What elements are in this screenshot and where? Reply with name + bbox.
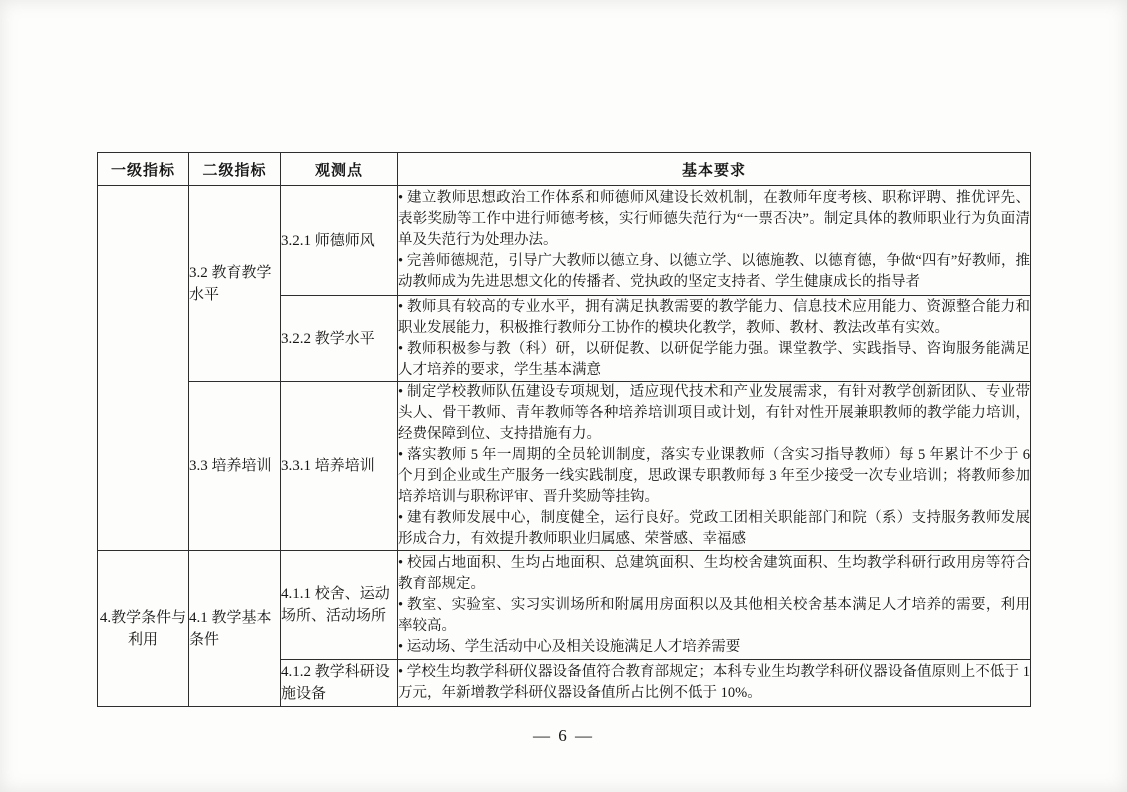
cell-observation-4-1-2: 4.1.2 教学科研设施设备: [281, 660, 398, 707]
requirement-item: • 教师具有较高的专业水平，拥有满足执教需要的教学能力、信息技术应用能力、资源整…: [398, 297, 1030, 339]
header-observation-point: 观测点: [281, 153, 398, 186]
cell-observation-4-1-1: 4.1.1 校舍、运动场所、活动场所: [281, 551, 398, 660]
table-row: 3.3 培养培训 3.3.1 培养培训 • 制定学校教师队伍建设专项规划，适应现…: [98, 382, 1031, 551]
cell-observation-3-3-1: 3.3.1 培养培训: [281, 382, 398, 551]
page-number: — 6 —: [0, 726, 1127, 746]
cell-level1-empty: [98, 186, 189, 551]
table-row: 4.教学条件与利用 4.1 教学基本条件 4.1.1 校舍、运动场所、活动场所 …: [98, 551, 1031, 660]
requirement-item: • 建立教师思想政治工作体系和师德师风建设长效机制，在教师年度考核、职称评聘、推…: [398, 188, 1030, 251]
requirement-item: • 落实教师 5 年一周期的全员轮训制度，落实专业课教师（含实习指导教师）每 5…: [398, 445, 1030, 508]
cell-requirements-4-1-1: • 校园占地面积、生均占地面积、总建筑面积、生均校舍建筑面积、生均教学科研行政用…: [398, 551, 1031, 660]
header-level1-indicator: 一级指标: [98, 153, 189, 186]
cell-observation-3-2-1: 3.2.1 师德师风: [281, 186, 398, 296]
cell-level2-4-1: 4.1 教学基本条件: [189, 551, 281, 707]
table-row: 3.2 教育教学水平 3.2.1 师德师风 • 建立教师思想政治工作体系和师德师…: [98, 186, 1031, 296]
indicator-table: 一级指标 二级指标 观测点 基本要求 3.2 教育教学水平 3.2.1 师德师风…: [97, 152, 1031, 707]
requirement-item: • 制定学校教师队伍建设专项规划，适应现代技术和产业发展需求，有针对教学创新团队…: [398, 382, 1030, 445]
cell-observation-3-2-2: 3.2.2 教学水平: [281, 296, 398, 382]
requirement-item: • 建有教师发展中心，制度健全，运行良好。党政工团相关职能部门和院（系）支持服务…: [398, 508, 1030, 550]
requirement-item: • 校园占地面积、生均占地面积、总建筑面积、生均校舍建筑面积、生均教学科研行政用…: [398, 553, 1030, 595]
requirement-item: • 完善师德规范，引导广大教师以德立身、以德立学、以德施教、以德育德，争做“四有…: [398, 251, 1030, 293]
cell-level1-4: 4.教学条件与利用: [98, 551, 189, 707]
header-level2-indicator: 二级指标: [189, 153, 281, 186]
scanned-page: 一级指标 二级指标 观测点 基本要求 3.2 教育教学水平 3.2.1 师德师风…: [0, 0, 1127, 792]
requirement-item: • 运动场、学生活动中心及相关设施满足人才培养需要: [398, 637, 1030, 658]
cell-requirements-4-1-2: • 学校生均教学科研仪器设备值符合教育部规定；本科专业生均教学科研仪器设备值原则…: [398, 660, 1031, 707]
header-basic-requirements: 基本要求: [398, 153, 1031, 186]
cell-requirements-3-2-2: • 教师具有较高的专业水平，拥有满足执教需要的教学能力、信息技术应用能力、资源整…: [398, 296, 1031, 382]
cell-level2-3-2: 3.2 教育教学水平: [189, 186, 281, 382]
requirement-item: • 学校生均教学科研仪器设备值符合教育部规定；本科专业生均教学科研仪器设备值原则…: [398, 662, 1030, 704]
requirement-item: • 教师积极参与教（科）研，以研促教、以研促学能力强。课堂教学、实践指导、咨询服…: [398, 339, 1030, 381]
cell-requirements-3-2-1: • 建立教师思想政治工作体系和师德师风建设长效机制，在教师年度考核、职称评聘、推…: [398, 186, 1031, 296]
requirement-item: • 教室、实验室、实习实训场所和附属用房面积以及其他相关校舍基本满足人才培养的需…: [398, 595, 1030, 637]
cell-requirements-3-3-1: • 制定学校教师队伍建设专项规划，适应现代技术和产业发展需求，有针对教学创新团队…: [398, 382, 1031, 551]
cell-level2-3-3: 3.3 培养培训: [189, 382, 281, 551]
table-header-row: 一级指标 二级指标 观测点 基本要求: [98, 153, 1031, 186]
